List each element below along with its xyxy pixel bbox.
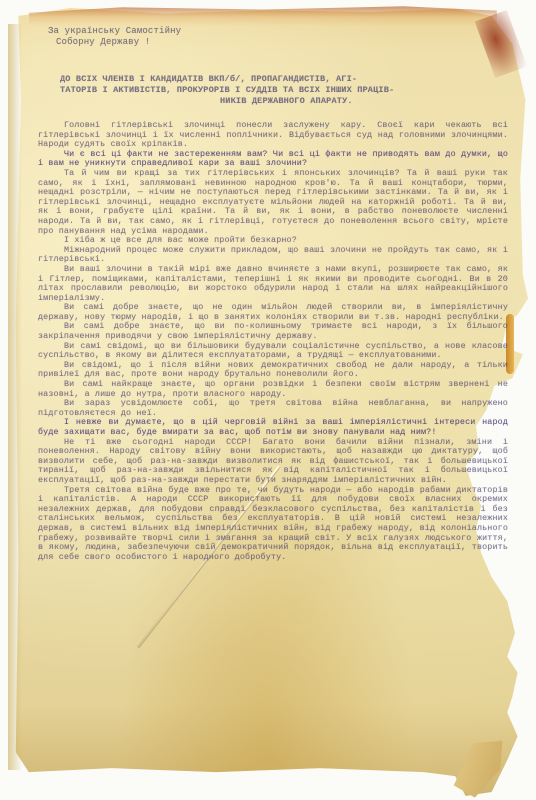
paragraph: Міжнародний процес може служити прикладо… bbox=[38, 246, 508, 265]
burned-top-edge bbox=[29, 4, 497, 26]
addressee-line: Соборну Державу ! bbox=[48, 37, 508, 48]
paragraph: Ви свідомі, що і після війни нових демок… bbox=[38, 361, 508, 380]
paragraph: Третя світова війна буде вже про те, чи … bbox=[38, 486, 508, 563]
addressee-line: За українську Самостійну bbox=[48, 26, 508, 37]
paragraph: Ви самі найкраще знаєте, що органи розві… bbox=[38, 380, 508, 399]
paragraph: І невже ви думаєте, що в цій черговій ві… bbox=[38, 418, 508, 437]
typewritten-text: За українську Самостійну Соборну Державу… bbox=[38, 26, 508, 562]
paragraph: Ви самі свідомі, що ви більшовики будува… bbox=[38, 342, 508, 361]
document-heading: ДО ВСІХ ЧЛЕНІВ І КАНДИДАТІВ ВКП/б/, ПРОП… bbox=[60, 74, 508, 107]
paragraph: Ви зараз усвідомлюєте собі, що третя сві… bbox=[38, 399, 508, 418]
document-sheet: За українську Самостійну Соборну Державу… bbox=[8, 4, 528, 800]
paragraph: Та й чим ви кращі за тих гітлерівських і… bbox=[38, 169, 508, 236]
paragraph: Ви ваші злочини в такій мірі вже давно в… bbox=[38, 265, 508, 303]
paragraph: Ви самі добре знаєте, що ви по-колишньом… bbox=[38, 322, 508, 341]
heading-line: ДО ВСІХ ЧЛЕНІВ І КАНДИДАТІВ ВКП/б/, ПРОП… bbox=[60, 74, 508, 85]
heading-line: НИКІВ ДЕРЖАВНОГО АПАРАТУ. bbox=[60, 96, 508, 107]
left-edge-shadow bbox=[8, 24, 22, 770]
paragraph: Головні гітлерівські злочинці понесли за… bbox=[38, 121, 508, 150]
heading-line: ТАТОРІВ І АКТИВІСТІВ, ПРОКУРОРІВ І СУДДІ… bbox=[60, 85, 508, 96]
document-body: Головні гітлерівські злочинці понесли за… bbox=[38, 121, 508, 562]
paragraph: Ви самі добре знаєте, що не один мільйон… bbox=[38, 303, 508, 322]
paragraph: Чи є всі ці факти не застереженням вам? … bbox=[38, 150, 508, 169]
paragraph: Не ті вже сьогодні народи СССР! Багато в… bbox=[38, 438, 508, 486]
addressee-block: За українську Самостійну Соборну Державу… bbox=[48, 26, 508, 48]
